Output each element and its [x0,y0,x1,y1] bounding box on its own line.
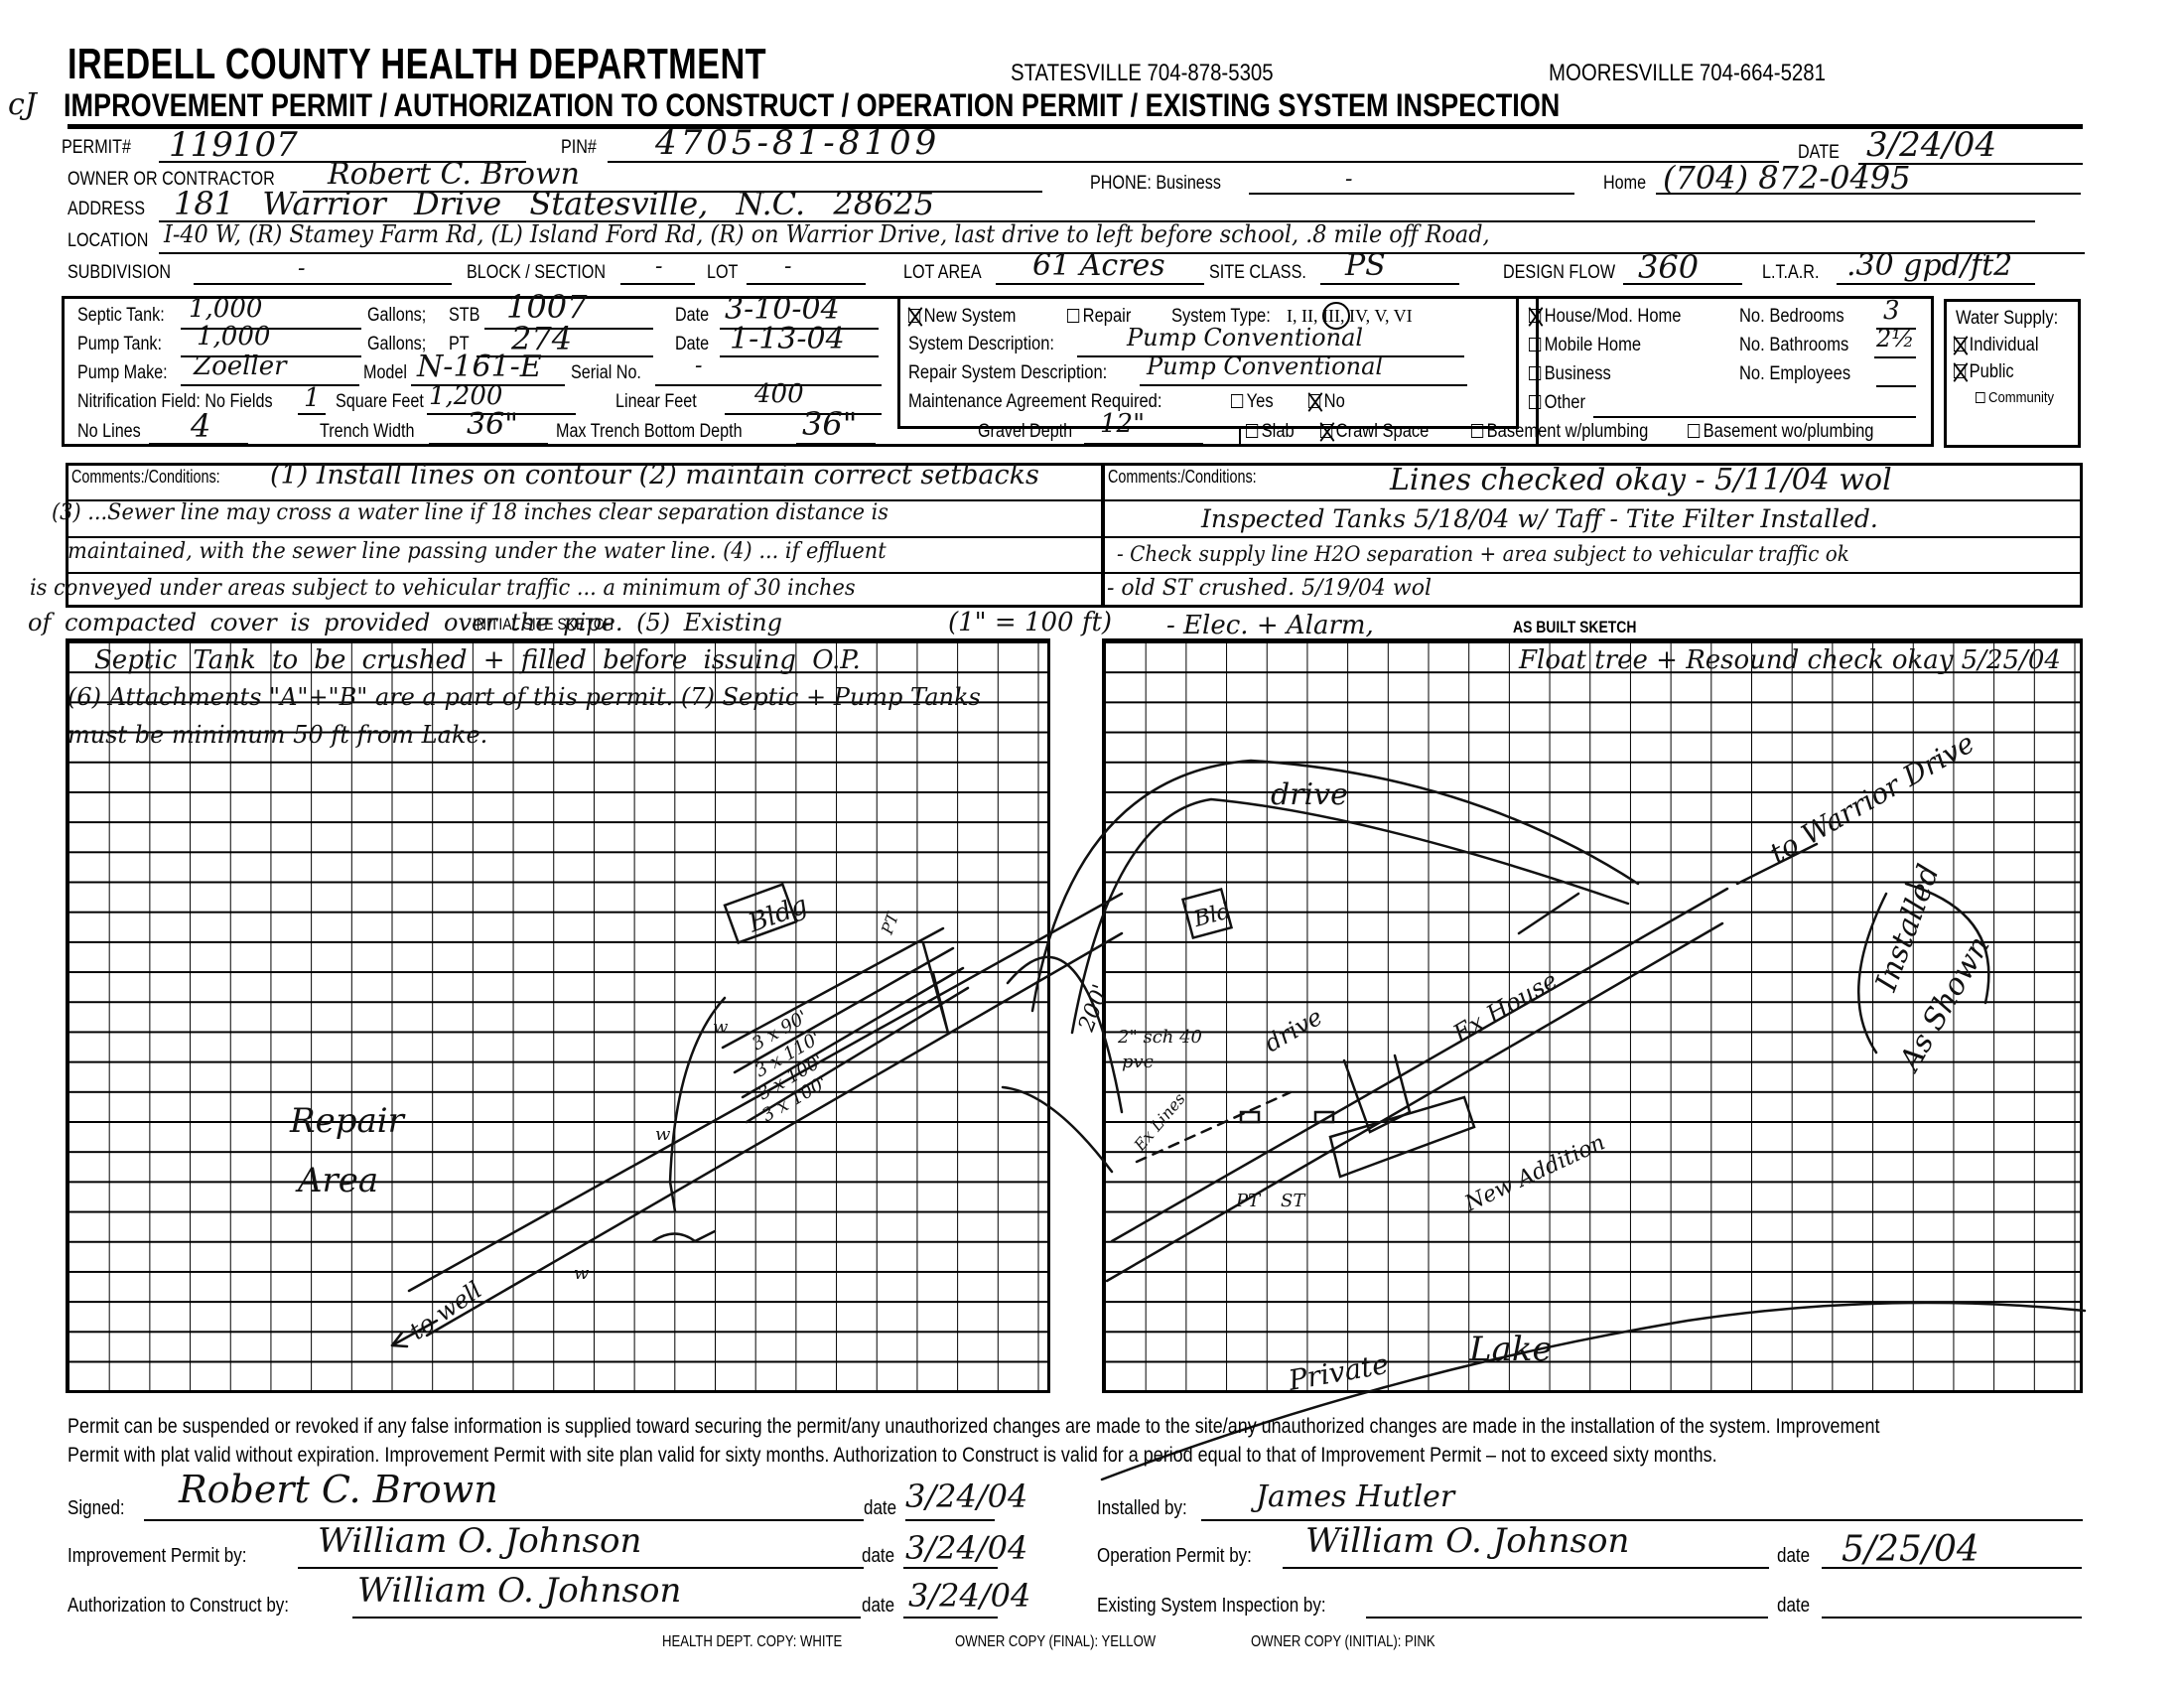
area-label: Area [295,1161,378,1200]
to-warrior-label: to Warrior Drive [1764,726,1979,870]
svg-text:New Addition: New Addition [1460,1130,1609,1217]
svg-text:Installed: Installed [1868,860,1947,997]
svg-text:Ex House: Ex House [1447,966,1562,1049]
installed-value[interactable]: James Hutler [1256,1479,1454,1514]
atc-line [352,1617,861,1619]
ip-line [298,1567,864,1569]
svg-text:drive: drive [1260,1003,1327,1057]
signed-date-value[interactable]: 3/24/04 [905,1478,1027,1515]
copy-pink: OWNER COPY (INITIAL): PINK [1251,1633,1435,1651]
svg-text:pvc: pvc [1122,1052,1154,1072]
notice-line-2: Permit with plat valid without expiratio… [68,1444,1717,1468]
drive-line-2 [427,933,1122,1336]
svg-text:PT: PT [878,909,903,937]
drive-label: drive [1271,777,1348,812]
esi-label: Existing System Inspection by: [1097,1595,1326,1618]
signed-date-line [905,1519,995,1521]
esi-line [1366,1617,1768,1619]
atc-label: Authorization to Construct by: [68,1595,289,1618]
op-date-label: date [1777,1545,1810,1568]
svg-text:PT: PT [1235,1191,1262,1211]
ip-date-label: date [862,1545,894,1568]
copy-yellow: OWNER COPY (FINAL): YELLOW [955,1633,1156,1651]
asbuilt-drive-1 [1112,889,1727,1241]
atc-date-label: date [862,1595,894,1618]
copy-white: HEALTH DEPT. COPY: WHITE [662,1633,842,1651]
ip-label: Improvement Permit by: [68,1545,246,1568]
svg-text:2" sch 40: 2" sch 40 [1117,1027,1202,1048]
atc-date-line [903,1617,998,1619]
ex-house [1344,1056,1410,1132]
signed-value[interactable]: Robert C. Brown [179,1468,498,1511]
svg-text:Ex Lines: Ex Lines [1130,1089,1189,1155]
ip-date-line [903,1567,998,1569]
esi-date-line [1822,1617,2082,1619]
notice-line-1: Permit can be suspended or revoked if an… [68,1415,1879,1439]
ip-date-value[interactable]: 3/24/04 [905,1529,1027,1567]
esi-date-label: date [1777,1595,1810,1618]
svg-text:ST: ST [1281,1191,1306,1211]
op-date-value[interactable]: 5/25/04 [1842,1529,1979,1570]
signed-date-label: date [864,1497,896,1520]
svg-text:w: w [713,1017,729,1038]
atc-value[interactable]: William O. Johnson [357,1571,681,1611]
svg-text:Lake: Lake [1468,1330,1553,1369]
op-label: Operation Permit by: [1097,1545,1252,1568]
op-value[interactable]: William O. Johnson [1305,1521,1629,1561]
installed-label: Installed by: [1097,1497,1187,1520]
signed-label: Signed: [68,1497,125,1520]
ip-value[interactable]: William O. Johnson [318,1521,641,1561]
svg-text:w: w [655,1124,671,1145]
bldg-label: Bldg [744,891,811,939]
svg-text:w: w [574,1263,590,1284]
repair-label: Repair [289,1101,406,1141]
atc-date-value[interactable]: 3/24/04 [908,1577,1030,1615]
op-line [1283,1567,1769,1569]
